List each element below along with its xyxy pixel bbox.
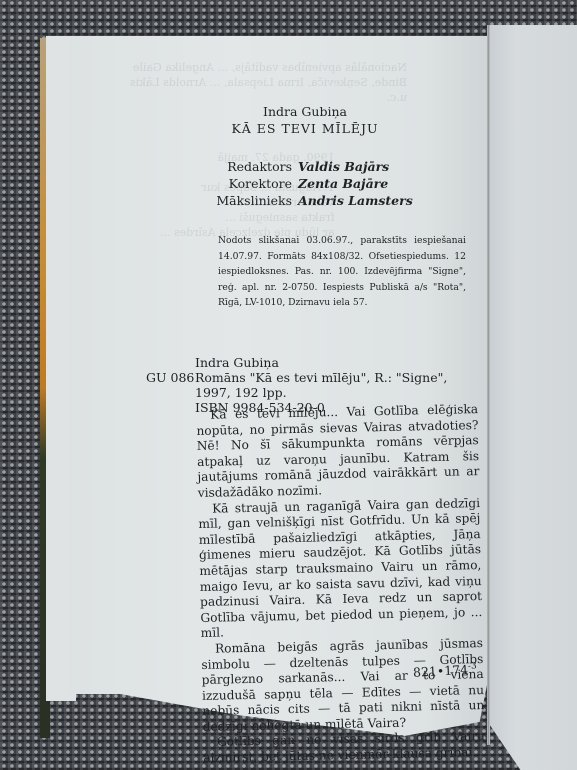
- credit-proofreader: KorektoreZenta Bajāre: [196, 175, 413, 192]
- abstract-paragraph: Gotlībs gan no visas sirds grib Vairu ai…: [203, 729, 486, 766]
- credit-name: Andris Lamsters: [298, 193, 413, 208]
- card-year-pages: 1997, 192 lpp.: [195, 385, 476, 400]
- book-title: KĀ ES TEVI MĪLĒJU: [140, 120, 470, 137]
- book-abstract: Kā es tevi mīlēju... Vai Gotlība elēģisk…: [196, 402, 485, 766]
- credit-role: Redaktors: [196, 158, 292, 175]
- abstract-paragraph: Romāna beigās agrās jaunības jūsmas simb…: [201, 636, 485, 735]
- credit-name: Zenta Bajāre: [298, 176, 388, 191]
- classification-main: 821•174: [413, 662, 469, 680]
- card-line-main: GU 086 Romāns "Kā es tevi mīlēju", R.: "…: [146, 370, 476, 385]
- book-gutter: [487, 25, 490, 745]
- credit-role: Mākslinieks: [196, 192, 292, 209]
- credits-list: RedaktorsValdis Bajārs KorektoreZenta Ba…: [196, 158, 413, 209]
- credit-editor: RedaktorsValdis Bajārs: [196, 158, 413, 175]
- card-publication: Romāns "Kā es tevi mīlēju", R.: "Signe",: [195, 370, 447, 385]
- book-author: Indra Gubiņa: [140, 103, 470, 120]
- abstract-paragraph: Kā es tevi mīlēju... Vai Gotlība elēģisk…: [196, 402, 480, 501]
- right-book-page: [490, 25, 577, 770]
- card-author: Indra Gubiņa: [195, 355, 476, 370]
- title-block: Indra Gubiņa KĀ ES TEVI MĪLĒJU: [140, 103, 470, 137]
- credit-artist: MākslinieksAndris Lamsters: [196, 192, 413, 209]
- classification-sup: -3: [468, 661, 477, 671]
- credit-name: Valdis Bajārs: [298, 159, 389, 174]
- credit-role: Korektore: [196, 175, 292, 192]
- abstract-paragraph: Kā straujā un raganīgā Vaira gan dedzīgi…: [198, 496, 483, 642]
- printing-imprint: Nodots slikšanai 03.06.97., parakstīts i…: [218, 233, 466, 311]
- card-code: GU 086: [146, 370, 195, 385]
